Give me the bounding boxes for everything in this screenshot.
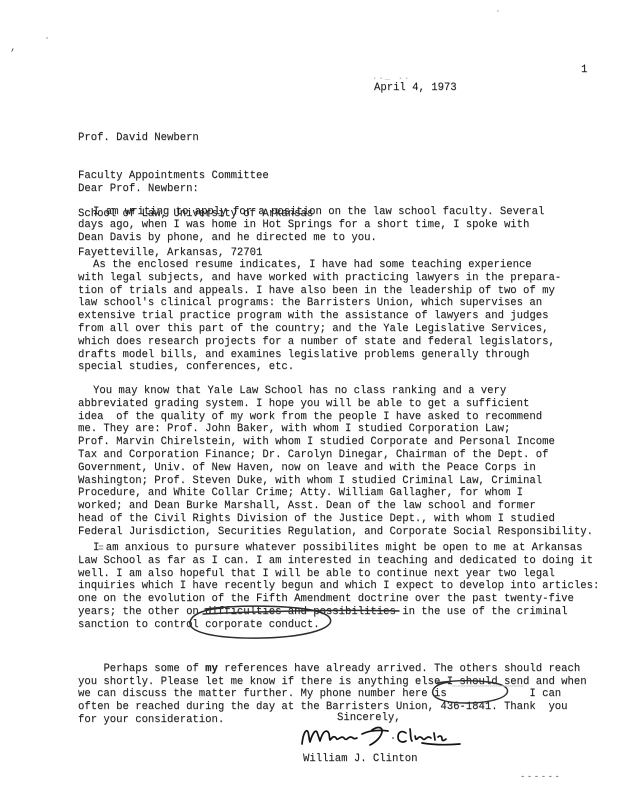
ink-speck: ,	[10, 42, 18, 55]
salutation: Dear Prof. Newbern:	[78, 183, 199, 196]
page-number: 1	[581, 64, 587, 77]
address-line: Faculty Appointments Committee	[78, 170, 313, 183]
address-line: Fayetteville, Arkansas, 72701	[78, 247, 313, 260]
emphasized-word: my	[205, 663, 218, 675]
date-stamp: April 4, 1973	[374, 82, 457, 95]
valediction: Sincerely,	[337, 712, 401, 725]
paragraph-5-text: Perhaps some of	[103, 663, 205, 675]
address-line: Prof. David Newbern	[78, 132, 313, 145]
ink-speck	[46, 37, 48, 39]
paragraph-1: I am writing to apply for a position on …	[78, 206, 613, 244]
letter-page: , 1 .._ .. April 4, 1973 Prof. David New…	[0, 0, 625, 786]
typed-name: William J. Clinton	[303, 753, 417, 766]
ink-speck	[497, 10, 499, 12]
paragraph-3: You may know that Yale Law School has no…	[78, 385, 613, 539]
paragraph-4: I am anxious to pursure whatever possibi…	[78, 542, 613, 632]
paragraph-2: As the enclosed resume indicates, I have…	[78, 259, 613, 374]
paragraph-5: Perhaps some of my references have alrea…	[78, 650, 613, 740]
bottom-dash-marks: ------	[520, 771, 561, 784]
